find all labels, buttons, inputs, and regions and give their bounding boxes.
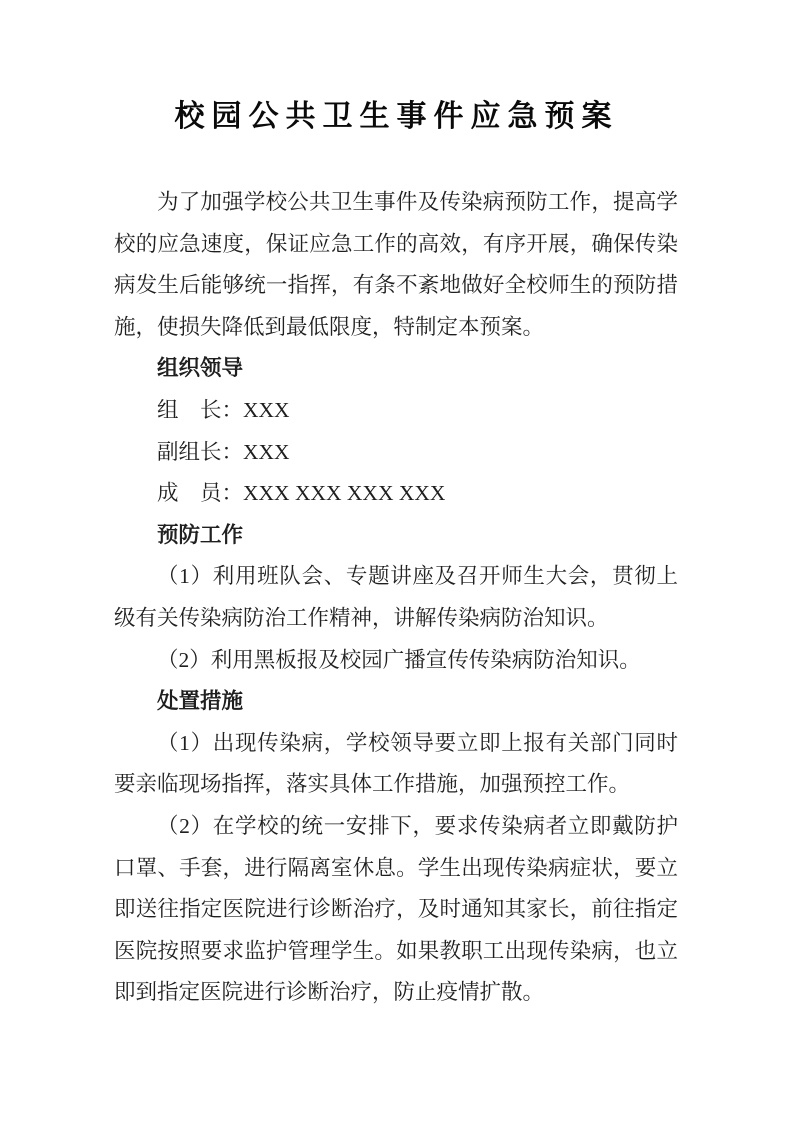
document-page: 校园公共卫生事件应急预案 为了加强学校公共卫生事件及传染病预防工作，提高学校的应… [0,0,793,1122]
document-title: 校园公共卫生事件应急预案 [0,0,793,135]
section-heading-prevention-work: 预防工作 [114,515,678,557]
prevention-item-1: （1）利用班队会、专题讲座及召开师生大会，贯彻上级有关传染病防治工作精神，讲解传… [114,556,678,639]
roster-line-leader: 组 长：XXX [114,390,678,432]
section-heading-organization-leadership: 组织领导 [114,348,678,390]
prevention-item-2: （2）利用黑板报及校园广播宣传传染病防治知识。 [114,640,678,682]
section-heading-disposal-measures: 处置措施 [114,681,678,723]
document-body: 为了加强学校公共卫生事件及传染病预防工作，提高学校的应急速度，保证应急工作的高效… [114,182,678,1014]
intro-paragraph: 为了加强学校公共卫生事件及传染病预防工作，提高学校的应急速度，保证应急工作的高效… [114,182,678,348]
disposal-item-2: （2）在学校的统一安排下，要求传染病者立即戴防护口罩、手套，进行隔离室休息。学生… [114,806,678,1014]
disposal-item-1: （1）出现传染病，学校领导要立即上报有关部门同时要亲临现场指挥，落实具体工作措施… [114,723,678,806]
roster-line-deputy-leader: 副组长：XXX [114,432,678,474]
roster-line-members: 成 员：XXX XXX XXX XXX [114,473,678,515]
